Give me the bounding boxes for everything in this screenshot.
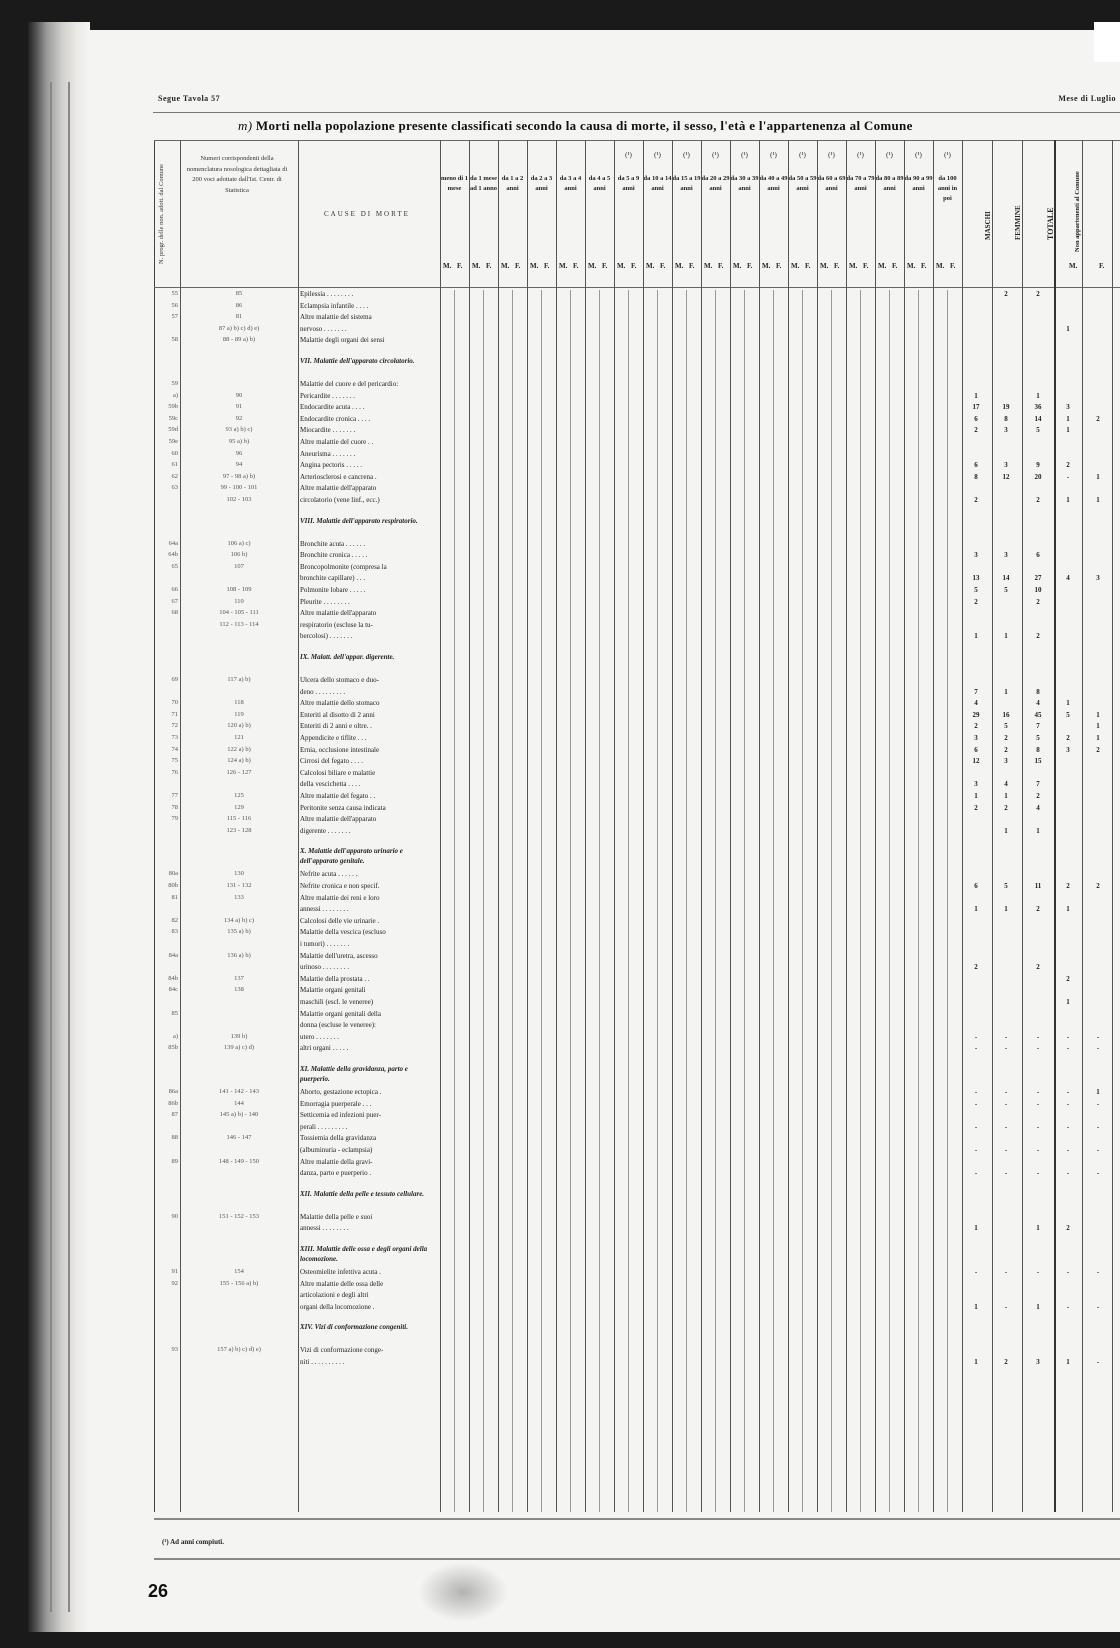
section-heading-row: XI. Malattie della gravidanza, parto e p… (154, 1064, 1120, 1075)
row-nomenclature-code: 125 (184, 792, 294, 799)
row-progressive-number: 82 (156, 917, 178, 924)
row-progressive-number: 59 (156, 380, 178, 387)
running-head-left: Segue Tavola 57 (158, 94, 220, 103)
scanned-page: Segue Tavola 57 Mese di Luglio m) Morti … (28, 22, 1120, 1632)
cell-totale: 9 (1030, 461, 1046, 469)
table-row: 90151 - 152 - 153Malattie della pelle e … (154, 1213, 1120, 1224)
row-nomenclature-code: 148 - 149 - 150 (184, 1158, 294, 1165)
row-progressive-number: 59e (156, 438, 178, 445)
cell-non-app-m: - (1060, 1033, 1076, 1041)
row-cause-of-death: (albuminuria - eclampsia) (300, 1146, 438, 1154)
row-cause-of-death: Malattie della vescica (escluso (300, 928, 438, 936)
table-row: 65107Broncopolmonite (compresa la (154, 563, 1120, 574)
cell-maschi: 3 (968, 780, 984, 788)
cell-non-app-m: 1 (1060, 998, 1076, 1006)
cell-totale: 2 (1030, 792, 1046, 800)
cell-totale: - (1030, 1123, 1046, 1131)
cell-totale: 3 (1030, 1358, 1046, 1366)
row-progressive-number: 86a (156, 1088, 178, 1095)
table-row: 76126 - 127Calcolosi biliare e malattie (154, 769, 1120, 780)
cell-non-app-f: 1 (1090, 1088, 1106, 1096)
row-nomenclature-code: 121 (184, 734, 294, 741)
cell-non-app-m: - (1060, 473, 1076, 481)
table-row: 87 a) b) c) d) e) nervoso . . . . . . .1 (154, 325, 1120, 336)
table-row: articolazioni e degli altri (154, 1291, 1120, 1302)
row-progressive-number: 55 (156, 290, 178, 297)
row-cause-of-death: della vescichetta . . . . (300, 780, 438, 788)
row-progressive-number: 72 (156, 722, 178, 729)
cell-totale: 14 (1030, 415, 1046, 423)
cell-femmine: - (998, 1146, 1014, 1154)
row-progressive-number: 85 (156, 1010, 178, 1017)
table-row: 64b106 b)Bronchite cronica . . . . .336 (154, 551, 1120, 562)
table-row: bercolosi) . . . . . . .112 (154, 632, 1120, 643)
col-header-femmine: FEMMINE (1014, 180, 1022, 240)
col-header-age-group: (¹)da 30 a 39 anni (730, 150, 759, 194)
table-row: 59b91Endocardite acuta . . . .1719363 (154, 403, 1120, 414)
table-row: 93157 a) b) c) d) e)Vizi di conformazion… (154, 1346, 1120, 1357)
row-progressive-number: 64a (156, 540, 178, 547)
sex-m-label: M. (530, 262, 538, 270)
cell-femmine: 14 (998, 574, 1014, 582)
row-cause-of-death: Altre malattie dei reni e loro (300, 894, 438, 902)
row-nomenclature-code: 136 a) b) (184, 952, 294, 959)
cell-maschi: 8 (968, 473, 984, 481)
row-progressive-number: 87 (156, 1111, 178, 1118)
cell-totale: 6 (1030, 551, 1046, 559)
row-nomenclature-code: 85 (184, 290, 294, 297)
row-nomenclature-code: 91 (184, 403, 294, 410)
row-nomenclature-code: 110 (184, 598, 294, 605)
table-row: bronchite capillare) . . .13142743 (154, 574, 1120, 585)
footnote: (¹) Ad anni compiuti. (162, 1538, 224, 1546)
table-row: 5585Epilessia . . . . . . . .22 (154, 290, 1120, 301)
cell-non-app-f: 1 (1090, 734, 1106, 742)
section-heading-row: XIII. Malattie delle ossa e degli organi… (154, 1244, 1120, 1255)
table-row: 82134 a) b) c)Calcolosi delle vie urinar… (154, 917, 1120, 928)
sex-m-label: M. (646, 262, 654, 270)
row-progressive-number: 85b (156, 1044, 178, 1051)
row-progressive-number: 91 (156, 1268, 178, 1275)
cell-maschi: 2 (968, 426, 984, 434)
cell-non-app-f: - (1090, 1033, 1106, 1041)
age-group-label: da 90 a 99 anni (905, 175, 933, 192)
cell-totale: - (1030, 1169, 1046, 1177)
col-header-causes: CAUSE DI MORTE (324, 210, 410, 218)
cell-totale: - (1030, 1033, 1046, 1041)
table-row: 72120 a) b)Enteriti di 2 anni e oltre. .… (154, 722, 1120, 733)
row-nomenclature-code: 141 - 142 - 143 (184, 1088, 294, 1095)
row-progressive-number: 59d (156, 426, 178, 433)
row-nomenclature-code: 146 - 147 (184, 1134, 294, 1141)
cell-maschi: 29 (968, 711, 984, 719)
age-footnote-marker (469, 150, 498, 160)
table-row: 6297 - 98 a) b)Arteriosclerosi e cancren… (154, 473, 1120, 484)
table-row: urinoso . . . . . . . .22 (154, 963, 1120, 974)
sex-m-label: M. (704, 262, 712, 270)
col-header-age-group: (¹)da 5 a 9 anni (614, 150, 643, 194)
row-cause-of-death: Malattie organi genitali della (300, 1010, 438, 1018)
row-cause-of-death: Ernia, occlusione intestinale (300, 746, 438, 754)
cell-non-app-f: 1 (1090, 473, 1106, 481)
age-footnote-marker (498, 150, 527, 160)
table-row: 92155 - 156 a) b)Altre malattie delle os… (154, 1280, 1120, 1291)
sex-f-label: F. (573, 262, 578, 270)
cell-maschi: 2 (968, 598, 984, 606)
age-footnote-marker (440, 150, 469, 160)
col-header-age-group: (¹)da 100 anni in poi (933, 150, 962, 204)
cell-totale: 5 (1030, 426, 1046, 434)
row-cause-of-death: Angina pectoris . . . . . (300, 461, 438, 469)
cell-totale: - (1030, 1044, 1046, 1052)
row-nomenclature-code: 133 (184, 894, 294, 901)
row-progressive-number: 78 (156, 804, 178, 811)
table-row: 112 - 113 - 114 respiratorio (escluse la… (154, 621, 1120, 632)
cell-non-app-m: 2 (1060, 882, 1076, 890)
table-row: 5888 - 89 a) b)Malattie degli organi dei… (154, 336, 1120, 347)
cell-non-app-m: - (1060, 1088, 1076, 1096)
row-cause-of-death: Osteomielite infettiva acuta . (300, 1268, 438, 1276)
cell-maschi: - (968, 1123, 984, 1131)
age-footnote-marker: (¹) (817, 150, 846, 160)
table-row: a)90Pericardite . . . . . . .11 (154, 392, 1120, 403)
row-progressive-number: 61 (156, 461, 178, 468)
row-nomenclature-code: 138 (184, 986, 294, 993)
mortality-table: N. progr. delle non. adott. dal Comune N… (154, 140, 1120, 1512)
cell-totale: 27 (1030, 574, 1046, 582)
age-group-label: da 40 a 49 anni (760, 175, 788, 192)
table-row: 102 - 103 circolatorio (vene linf., ecc.… (154, 496, 1120, 507)
row-cause-of-death: Malattie del cuore e del pericardio: (300, 380, 438, 388)
cell-non-app-f: - (1090, 1123, 1106, 1131)
sex-m-label: M. (733, 262, 741, 270)
table-title: m) Morti nella popolazione presente clas… (238, 118, 913, 134)
cell-non-app-f: 3 (1090, 574, 1106, 582)
row-progressive-number: 90 (156, 1213, 178, 1220)
cell-maschi: 6 (968, 746, 984, 754)
row-progressive-number: 77 (156, 792, 178, 799)
row-nomenclature-code: 139 b) (184, 1033, 294, 1040)
row-progressive-number: 56 (156, 302, 178, 309)
row-cause-of-death: Endocardite acuta . . . . (300, 403, 438, 411)
col-header-non-appartenenti: Non appartenenti al Comune (1074, 152, 1081, 252)
sex-m-label: M. (820, 262, 828, 270)
sex-f-label: F. (515, 262, 520, 270)
cell-maschi: 2 (968, 963, 984, 971)
sex-f-label: F. (457, 262, 462, 270)
cell-maschi: 2 (968, 804, 984, 812)
row-nomenclature-code: 94 (184, 461, 294, 468)
age-group-label: da 80 a 89 anni (876, 175, 904, 192)
cell-non-app-f: 1 (1090, 711, 1106, 719)
age-group-label: da 1 a 2 anni (502, 175, 524, 192)
table-row: annessi . . . . . . . .1121 (154, 905, 1120, 916)
sex-m-label: M. (791, 262, 799, 270)
table-row: a)139 b) utero . . . . . . .----- (154, 1033, 1120, 1044)
row-nomenclature-code: 129 (184, 804, 294, 811)
row-nomenclature-code: 106 b) (184, 551, 294, 558)
row-progressive-number: 81 (156, 894, 178, 901)
col-header-age-group: (¹)da 80 a 89 anni (875, 150, 904, 194)
sex-m-label: M. (675, 262, 683, 270)
row-cause-of-death: maschili (escl. le veneree) (300, 998, 438, 1006)
row-progressive-number: 69 (156, 676, 178, 683)
row-progressive-number: 64b (156, 551, 178, 558)
col-header-age-group: (¹)da 20 a 29 anni (701, 150, 730, 194)
cell-totale: 2 (1030, 905, 1046, 913)
sex-m-label: M. (617, 262, 625, 270)
cell-maschi: 6 (968, 415, 984, 423)
cell-totale: 4 (1030, 699, 1046, 707)
table-row: 79115 - 116Altre malattie dell'apparato (154, 815, 1120, 826)
age-footnote-marker: (¹) (788, 150, 817, 160)
row-cause-of-death: Nefrite acuta . . . . . . (300, 870, 438, 878)
age-group-label: da 70 a 79 anni (847, 175, 875, 192)
cell-maschi: 17 (968, 403, 984, 411)
row-cause-of-death: Vizi di conformazione conge- (300, 1346, 438, 1354)
age-group-label: da 30 a 39 anni (731, 175, 759, 192)
age-footnote-marker: (¹) (846, 150, 875, 160)
row-progressive-number: 80a (156, 870, 178, 877)
sex-f-label: F. (689, 262, 694, 270)
cell-non-app-m: 1 (1060, 905, 1076, 913)
row-progressive-number: 80b (156, 882, 178, 889)
cell-maschi: 3 (968, 734, 984, 742)
cell-non-app-m: 1 (1060, 699, 1076, 707)
row-nomenclature-code: 145 a) b) - 140 (184, 1111, 294, 1118)
cell-femmine: 2 (998, 1358, 1014, 1366)
cell-non-app-m: 2 (1060, 1224, 1076, 1232)
col-header-age-group: (¹)da 60 a 69 anni (817, 150, 846, 194)
col-header-age-group: (¹)da 70 a 79 anni (846, 150, 875, 194)
row-cause-of-death: organi della locomozione . (300, 1303, 438, 1311)
table-row: deno . . . . . . . . .718 (154, 688, 1120, 699)
age-footnote-marker: (¹) (643, 150, 672, 160)
sex-f-label: F. (776, 262, 781, 270)
cell-non-app-f: - (1090, 1169, 1106, 1177)
cell-maschi: 1 (968, 1358, 984, 1366)
row-progressive-number: 65 (156, 563, 178, 570)
cell-femmine: 19 (998, 403, 1014, 411)
age-group-label: da 5 a 9 anni (618, 175, 640, 192)
row-nomenclature-code: 135 a) b) (184, 928, 294, 935)
row-cause-of-death: Broncopolmonite (compresa la (300, 563, 438, 571)
row-nomenclature-code: 86 (184, 302, 294, 309)
cell-non-app-f: 2 (1090, 746, 1106, 754)
cell-totale: 2 (1030, 963, 1046, 971)
cell-maschi: 2 (968, 722, 984, 730)
table-row: 66108 - 109Polmonite lobare . . . . .551… (154, 586, 1120, 597)
table-row: i tumori) . . . . . . . (154, 940, 1120, 951)
cell-non-app-f: - (1090, 1100, 1106, 1108)
cell-femmine: - (998, 1033, 1014, 1041)
cell-femmine: 1 (998, 688, 1014, 696)
table-row: 6399 - 100 - 101Altre malattie dell'appa… (154, 484, 1120, 495)
row-cause-of-death: Ulcera dello stomaco e duo- (300, 676, 438, 684)
section-heading-row: VIII. Malattie dell'apparato respiratori… (154, 516, 1120, 527)
age-footnote-marker: (¹) (614, 150, 643, 160)
table-row: perali . . . . . . . . .----- (154, 1123, 1120, 1134)
cell-non-app-f: - (1090, 1146, 1106, 1154)
cell-femmine: 2 (998, 734, 1014, 742)
row-cause-of-death: nervoso . . . . . . . (300, 325, 438, 333)
row-cause-of-death: niti . . . . . . . . . . (300, 1358, 438, 1366)
cell-non-app-m: 3 (1060, 746, 1076, 754)
table-row: 68104 - 105 - 111Altre malattie dell'app… (154, 609, 1120, 620)
row-cause-of-death: bercolosi) . . . . . . . (300, 632, 438, 640)
cell-totale: 8 (1030, 746, 1046, 754)
row-nomenclature-code: 90 (184, 392, 294, 399)
row-cause-of-death: Pericardite . . . . . . . (300, 392, 438, 400)
row-cause-of-death: respiratorio (escluse la tu- (300, 621, 438, 629)
row-progressive-number: 57 (156, 313, 178, 320)
cell-femmine: 3 (998, 461, 1014, 469)
cell-maschi: 5 (968, 586, 984, 594)
cell-non-app-m: 3 (1060, 403, 1076, 411)
row-cause-of-death: Aneurisma . . . . . . . (300, 450, 438, 458)
row-progressive-number: 68 (156, 609, 178, 616)
row-progressive-number: a) (156, 1033, 178, 1040)
row-nomenclature-code: 106 a) c) (184, 540, 294, 547)
table-row: 5781Altre malattie del sistema (154, 313, 1120, 324)
section-heading-row: X. Malattie dell'apparato urinario e del… (154, 846, 1120, 857)
cell-maschi: 7 (968, 688, 984, 696)
age-footnote-marker: (¹) (933, 150, 962, 160)
row-cause-of-death: Emorragia puerperale . . . (300, 1100, 438, 1108)
row-progressive-number: 84a (156, 952, 178, 959)
row-cause-of-death: XIII. Malattie delle ossa e degli organi… (300, 1244, 438, 1264)
row-nomenclature-code: 102 - 103 (184, 496, 294, 503)
cell-non-app-f: 1 (1090, 496, 1106, 504)
table-row: 91154Osteomielite infettiva acuta .----- (154, 1268, 1120, 1279)
table-row: 88146 - 147Tossiemia della gravidanza (154, 1134, 1120, 1145)
row-nomenclature-code: 107 (184, 563, 294, 570)
row-nomenclature-code: 139 a) c) d) (184, 1044, 294, 1051)
cell-maschi: - (968, 1268, 984, 1276)
row-cause-of-death: Malattie della pelle e suoi (300, 1213, 438, 1221)
cell-totale: 5 (1030, 734, 1046, 742)
row-cause-of-death: Setticemia ed infezioni puer- (300, 1111, 438, 1119)
age-footnote-marker: (¹) (701, 150, 730, 160)
binding-line (50, 82, 52, 1612)
sex-m-label: M. (762, 262, 770, 270)
section-heading-row: IX. Malatt. dell'appar. digerente. (154, 652, 1120, 663)
sex-f-label: F. (631, 262, 636, 270)
row-cause-of-death: Bronchite cronica . . . . . (300, 551, 438, 559)
row-nomenclature-code: 154 (184, 1268, 294, 1275)
row-progressive-number: 88 (156, 1134, 178, 1141)
cell-femmine: 3 (998, 426, 1014, 434)
row-nomenclature-code: 117 a) b) (184, 676, 294, 683)
col-header-age-group: da 1 a 2 anni (498, 150, 527, 194)
cell-maschi: 1 (968, 905, 984, 913)
row-progressive-number: 60 (156, 450, 178, 457)
cell-femmine: 1 (998, 827, 1014, 835)
cell-maschi: 6 (968, 461, 984, 469)
sex-f-label: F. (544, 262, 549, 270)
row-cause-of-death: Altre malattie del fegato . . (300, 792, 438, 800)
col-header-totale: TOTALE (1046, 180, 1055, 240)
cell-totale: 10 (1030, 586, 1046, 594)
cell-non-app-f: 2 (1090, 882, 1106, 890)
age-group-label: da 100 anni in poi (938, 175, 957, 202)
row-cause-of-death: XIV. Vizi di conformazione congeniti. (300, 1322, 438, 1332)
cell-non-app-m: 1 (1060, 1358, 1076, 1366)
cell-femmine: 5 (998, 882, 1014, 890)
table-row: 59Malattie del cuore e del pericardio: (154, 380, 1120, 391)
row-progressive-number: 92 (156, 1280, 178, 1287)
row-cause-of-death: Malattie organi genitali (300, 986, 438, 994)
row-progressive-number: 76 (156, 769, 178, 776)
cell-maschi: 1 (968, 632, 984, 640)
cell-totale: - (1030, 1100, 1046, 1108)
cell-femmine: 8 (998, 415, 1014, 423)
cell-totale: 2 (1030, 496, 1046, 504)
row-cause-of-death: Tossiemia della gravidanza (300, 1134, 438, 1142)
cell-totale: 2 (1030, 632, 1046, 640)
table-row: 81133Altre malattie dei reni e loro (154, 894, 1120, 905)
table-row: 80a130Nefrite acuta . . . . . . (154, 870, 1120, 881)
sex-f-label: F. (602, 262, 607, 270)
cell-maschi: 1 (968, 1303, 984, 1311)
row-progressive-number: 59b (156, 403, 178, 410)
cell-non-app-m: 2 (1060, 461, 1076, 469)
table-row: 78129Peritonite senza causa indicata224 (154, 804, 1120, 815)
cell-non-app-m: - (1060, 1123, 1076, 1131)
cell-maschi: 12 (968, 757, 984, 765)
table-row: 123 - 128 digerente . . . . . . .11 (154, 827, 1120, 838)
cell-femmine: 1 (998, 905, 1014, 913)
row-nomenclature-code: 137 (184, 975, 294, 982)
row-cause-of-death: Endocardite cronica . . . . (300, 415, 438, 423)
row-progressive-number: 84c (156, 986, 178, 993)
sex-m-label: M. (849, 262, 857, 270)
sex-f-label: F. (950, 262, 955, 270)
title-text: Morti nella popolazione presente classif… (256, 118, 913, 133)
scan-top-edge (28, 22, 1120, 30)
cell-non-app-m: - (1060, 1100, 1076, 1108)
row-nomenclature-code: 131 - 132 (184, 882, 294, 889)
table-row: 84a136 a) b)Malattie dell'uretra, ascess… (154, 952, 1120, 963)
cell-femmine: 5 (998, 586, 1014, 594)
cell-non-app-m: 2 (1060, 734, 1076, 742)
row-nomenclature-code: 126 - 127 (184, 769, 294, 776)
row-cause-of-death: Enteriti al disotto di 2 anni (300, 711, 438, 719)
row-nomenclature-code: 99 - 100 - 101 (184, 484, 294, 491)
row-progressive-number: 66 (156, 586, 178, 593)
row-cause-of-death: annessi . . . . . . . . (300, 1224, 438, 1232)
table-row: 69117 a) b)Ulcera dello stomaco e duo- (154, 676, 1120, 687)
cell-non-app-m: 2 (1060, 975, 1076, 983)
row-nomenclature-code: 144 (184, 1100, 294, 1107)
cell-totale: 15 (1030, 757, 1046, 765)
sex-f-label: F. (921, 262, 926, 270)
sex-f-label: F. (892, 262, 897, 270)
cell-femmine: - (998, 1169, 1014, 1177)
row-cause-of-death: articolazioni e degli altri (300, 1291, 438, 1299)
sex-m-label: M. (907, 262, 915, 270)
row-cause-of-death: IX. Malatt. dell'appar. digerente. (300, 652, 438, 662)
row-cause-of-death: urinoso . . . . . . . . (300, 963, 438, 971)
cell-femmine: 1 (998, 632, 1014, 640)
cell-maschi: - (968, 1033, 984, 1041)
age-group-label: da 20 a 29 anni (702, 175, 730, 192)
col-header-age-group: (¹)da 40 a 49 anni (759, 150, 788, 194)
table-bottom-rule (154, 1518, 1120, 1520)
age-group-label: da 60 a 69 anni (818, 175, 846, 192)
cell-non-app-m: 1 (1060, 325, 1076, 333)
cell-maschi: 3 (968, 551, 984, 559)
